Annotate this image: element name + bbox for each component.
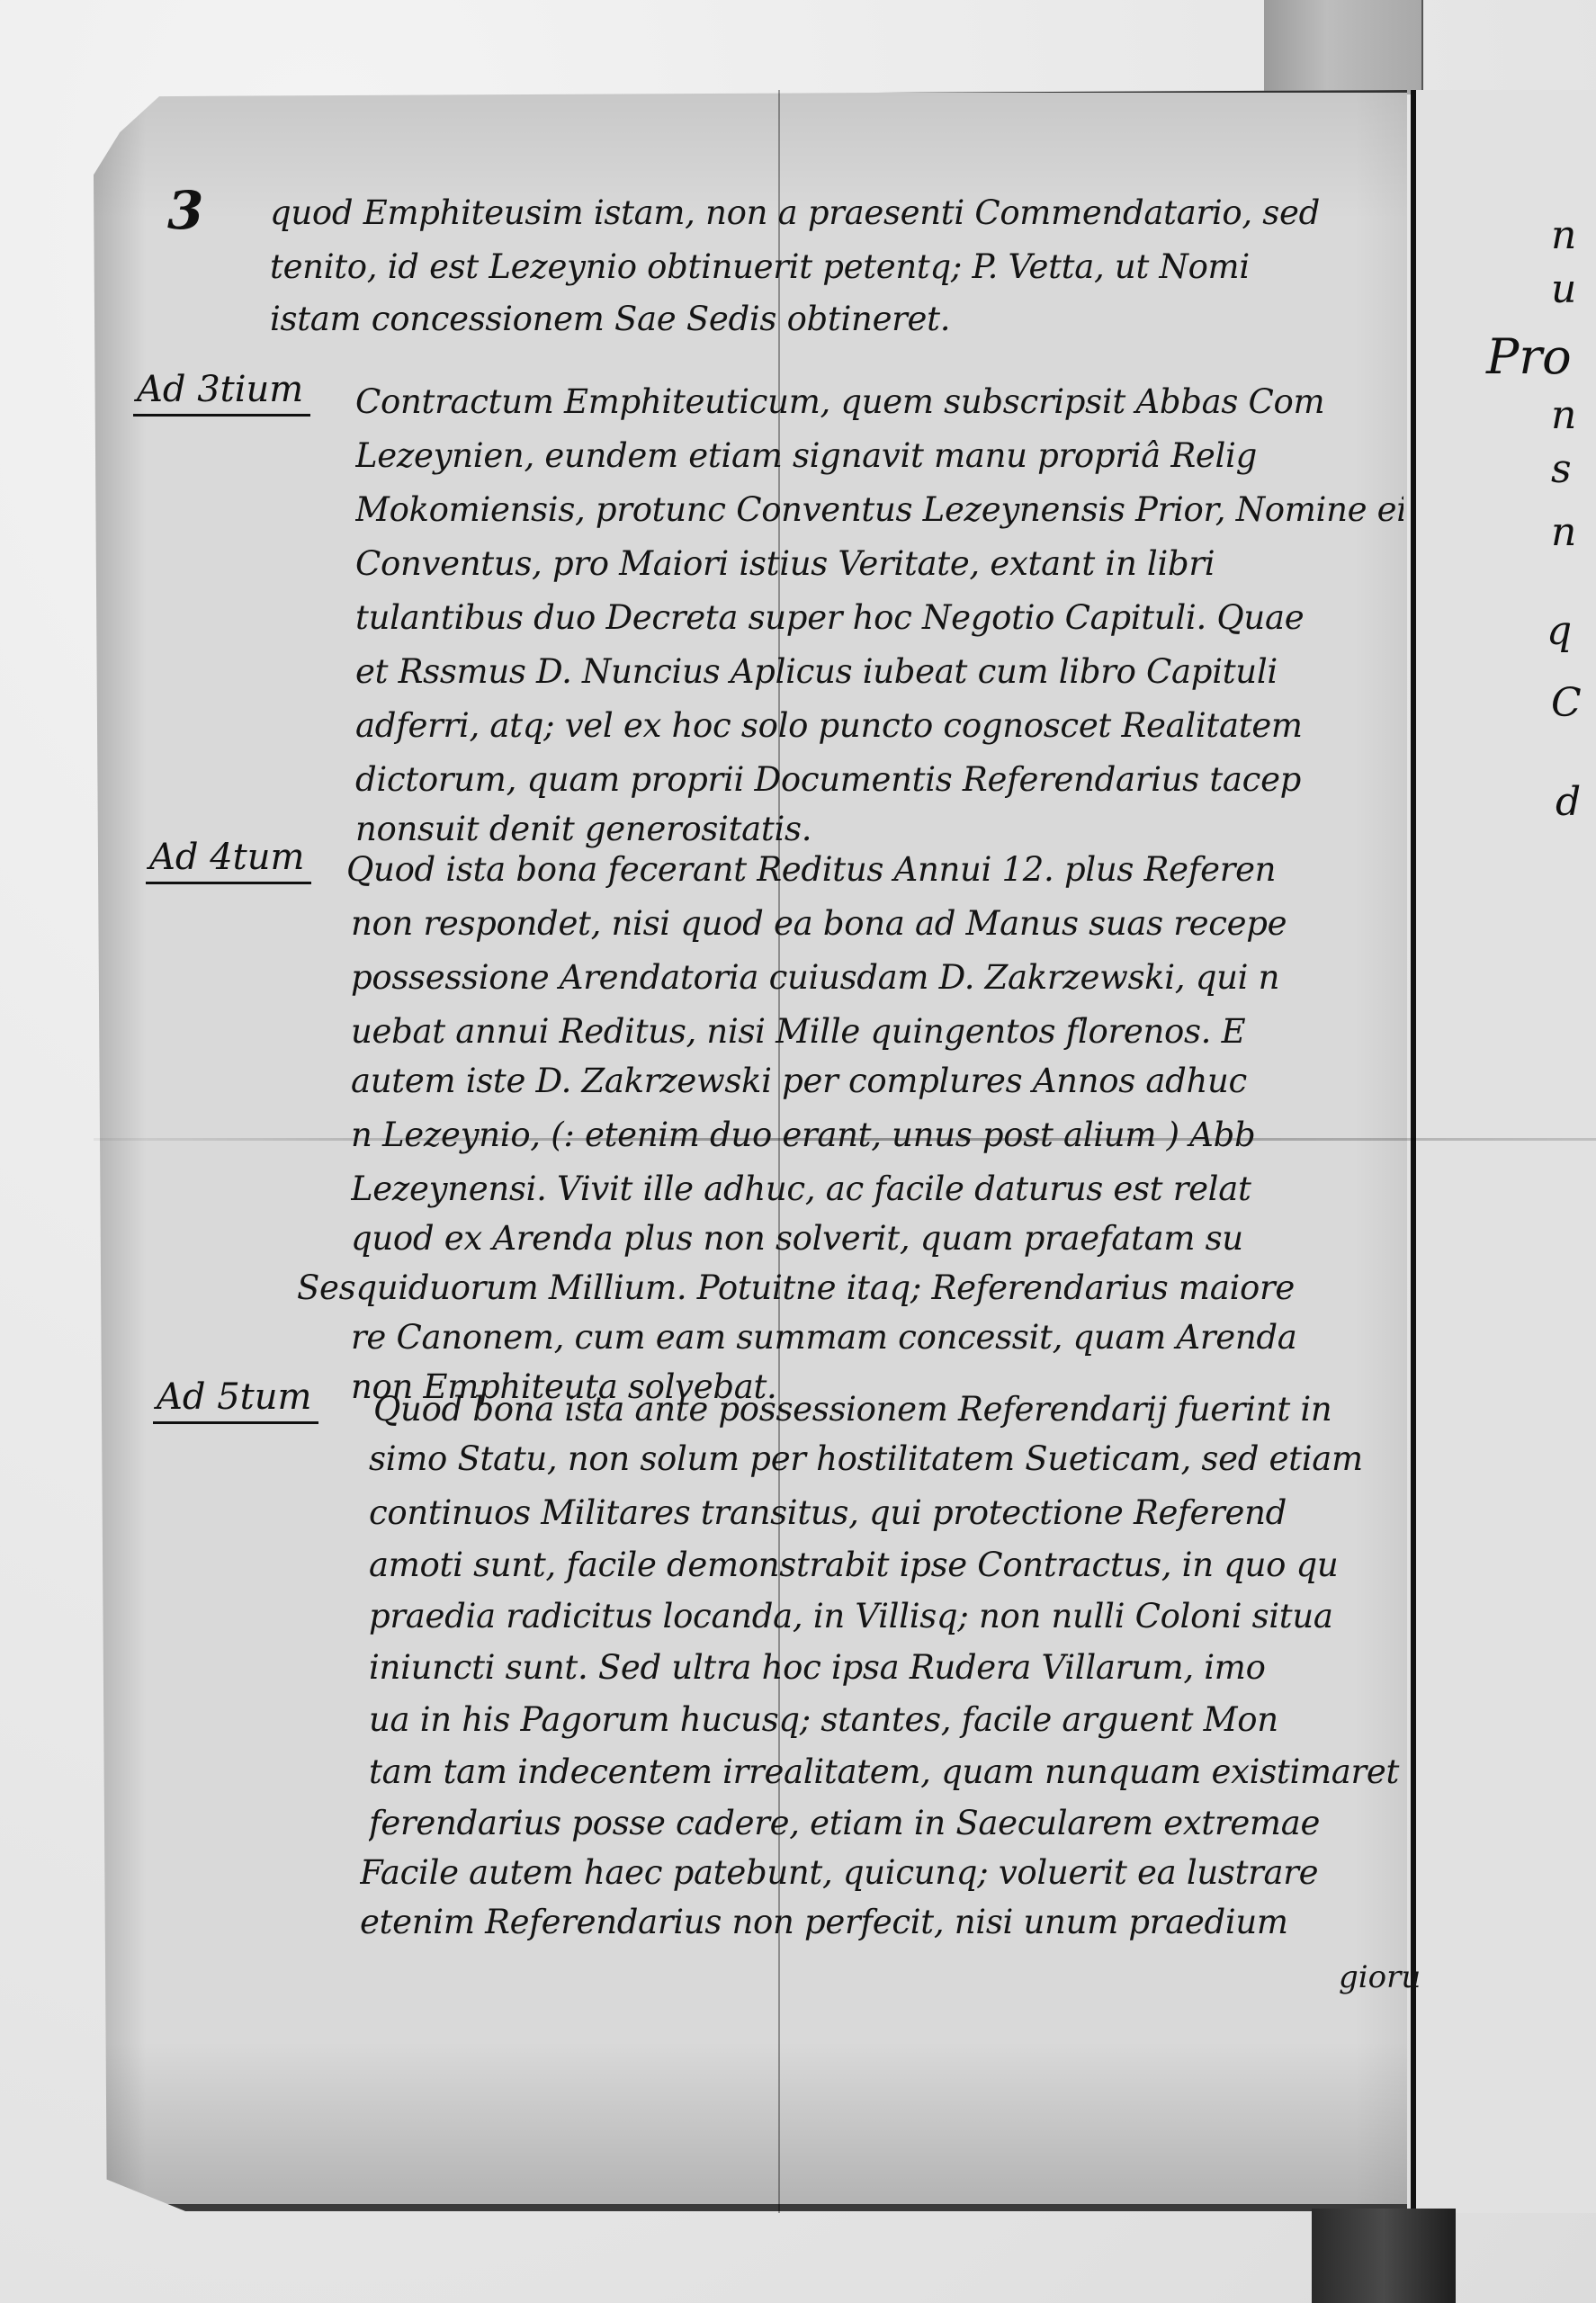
text-line: Lezeynensi. Vivit ille adhuc, ac facile … xyxy=(351,1169,1403,1208)
text-line: ua in his Pagorum hucusq; stantes, facil… xyxy=(369,1700,1403,1739)
section-label-ad-3tium: Ad 3tium xyxy=(133,369,310,417)
text-line: uebat annui Reditus, nisi Mille quingent… xyxy=(351,1012,1403,1051)
adjacent-page-fragment: Pro xyxy=(1486,333,1572,381)
text-line: ferendarius posse cadere, etiam in Saecu… xyxy=(369,1804,1403,1842)
section-label-ad-4tum: Ad 4tum xyxy=(146,837,311,884)
text-line: tenito, id est Lezeynio obtinuerit peten… xyxy=(270,247,1394,286)
text-line: Mokomiensis, protunc Conventus Lezeynens… xyxy=(355,490,1403,529)
text-line: non respondet, nisi quod ea bona ad Manu… xyxy=(351,904,1403,943)
text-line: Quod bona ista ante possessionem Referen… xyxy=(373,1390,1403,1429)
text-line: iniuncti sunt. Sed ultra hoc ipsa Rudera… xyxy=(369,1648,1403,1687)
text-line: simo Statu, non solum per hostilitatem S… xyxy=(369,1439,1403,1478)
text-line: Sesquiduorum Millium. Potuitne itaq; Ref… xyxy=(297,1268,1403,1307)
adjacent-page: n u Pro n s n q C d xyxy=(1411,90,1596,2213)
adjacent-page-fragment: d xyxy=(1556,783,1581,822)
adjacent-page-fragment: n xyxy=(1551,216,1576,255)
dark-strip-bottom xyxy=(1312,2209,1456,2303)
text-line: continuos Militares transitus, qui prote… xyxy=(369,1493,1403,1532)
page-number: 3 xyxy=(167,180,203,241)
text-line: Contractum Emphiteuticum, quem subscrips… xyxy=(355,382,1403,421)
text-line: n Lezeynio, (: etenim duo erant, unus po… xyxy=(351,1116,1403,1154)
text-line: Lezeynien, eundem etiam signavit manu pr… xyxy=(355,436,1403,475)
catchword: gioru xyxy=(1339,1959,1421,1995)
text-line: et Rssmus D. Nuncius Aplicus iubeat cum … xyxy=(355,652,1403,691)
text-line: quod ex Arenda plus non solverit, quam p… xyxy=(351,1219,1403,1258)
text-line: re Canonem, cum eam summam concessit, qu… xyxy=(351,1318,1403,1357)
text-line: istam concessionem Sae Sedis obtineret. xyxy=(270,300,1394,338)
text-line: Conventus, pro Maiori istius Veritate, e… xyxy=(355,544,1403,583)
text-line: etenim Referendarius non perfecit, nisi … xyxy=(360,1903,1403,1941)
text-line: tam tam indecentem irrealitatem, quam nu… xyxy=(369,1752,1403,1791)
adjacent-page-fragment: u xyxy=(1551,270,1576,309)
section-label-ad-5tum: Ad 5tum xyxy=(153,1376,318,1424)
folded-paper-strip-top xyxy=(1264,0,1423,94)
text-line: quod Emphiteusim istam, non a praesenti … xyxy=(270,193,1394,232)
text-line: autem iste D. Zakrzewski per complures A… xyxy=(351,1062,1403,1100)
adjacent-page-fragment: C xyxy=(1551,684,1582,723)
text-line: Facile autem haec patebunt, quicunq; vol… xyxy=(360,1853,1403,1892)
text-line: Quod ista bona fecerant Reditus Annui 12… xyxy=(346,850,1403,889)
adjacent-page-fragment: n xyxy=(1551,513,1576,552)
text-line: adferri, atq; vel ex hoc solo puncto cog… xyxy=(355,706,1403,745)
text-line: possessione Arendatoria cuiusdam D. Zakr… xyxy=(351,958,1403,997)
text-line: dictorum, quam proprii Documentis Refere… xyxy=(355,760,1403,799)
adjacent-page-fragment: q xyxy=(1547,612,1572,651)
text-line: nonsuit denit generositatis. xyxy=(355,810,1403,848)
text-line: tulantibus duo Decreta super hoc Negotio… xyxy=(355,598,1403,637)
text-line: amoti sunt, facile demonstrabit ipse Con… xyxy=(369,1546,1403,1584)
text-line: praedia radicitus locanda, in Villisq; n… xyxy=(369,1597,1403,1635)
adjacent-page-fragment: s xyxy=(1551,450,1572,489)
adjacent-page-fragment: n xyxy=(1551,396,1576,435)
